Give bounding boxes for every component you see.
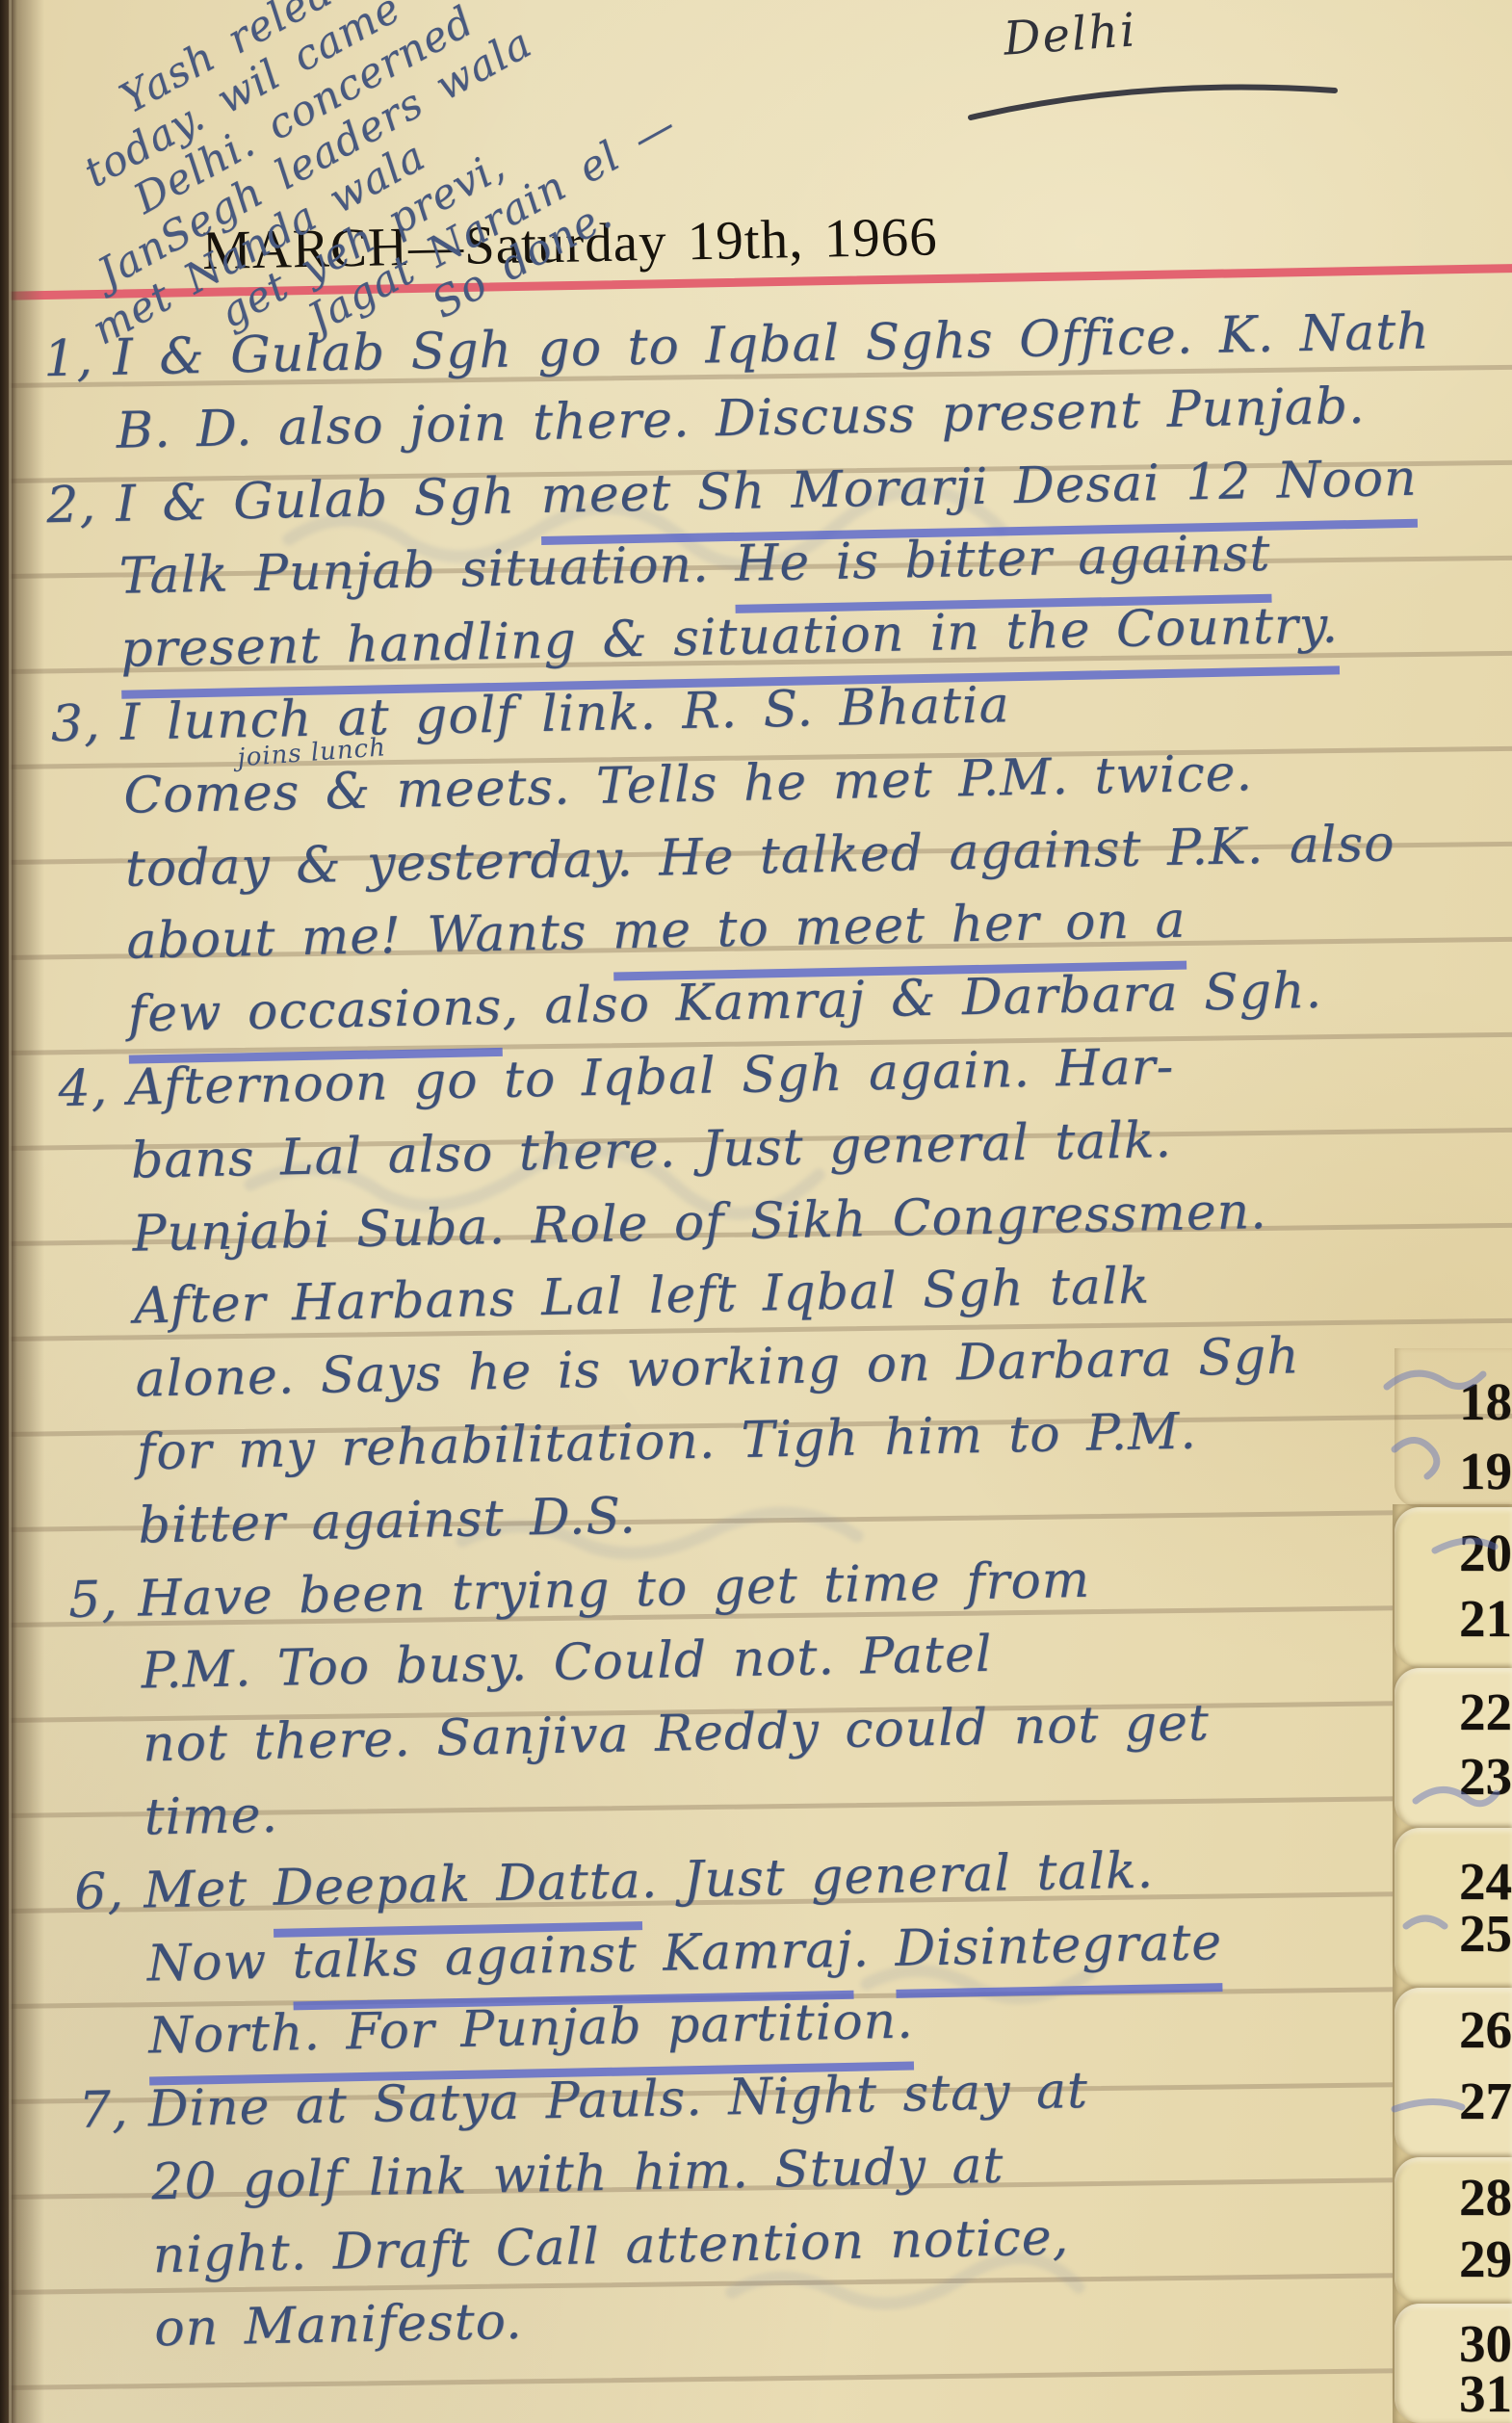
entry-line: on Manifesto. [83, 2292, 524, 2378]
entries-body: joins lunch 1,I & Gulab Sgh go to Iqbal … [0, 0, 1512, 2423]
underlined-segment: Deepak Datta [273, 1852, 642, 1938]
text-segment: about me! Wants [126, 903, 613, 971]
margin-ink-mark [1377, 1348, 1502, 2408]
text-segment: . [852, 1919, 896, 1978]
entry-line: time. [72, 1786, 279, 1867]
text-segment: bitter against D.S. [138, 1487, 637, 1554]
entry-number: 5, [68, 1570, 139, 1628]
entry-number: 6, [74, 1862, 144, 1920]
text-segment: I & Gulab Sgh [116, 467, 541, 534]
binding-edge [0, 0, 44, 2423]
entry-number: 2, [46, 475, 117, 534]
underlined-segment: few occasions [127, 978, 503, 1064]
entry-number: 7, [78, 2081, 148, 2140]
text-segment: Now [146, 1932, 293, 1993]
entry-number: 1, [43, 329, 114, 388]
text-segment: on Manifesto. [154, 2292, 523, 2358]
text-segment: I & Gulab Sgh go to Iqbal Sghs Office. K… [113, 302, 1430, 386]
entry-number: 3, [50, 694, 120, 753]
text-segment: Met [143, 1860, 274, 1920]
text-segment: Talk Punjab situation. [118, 535, 735, 606]
diary-page: MARCH—Saturday 19th, 1966 Delhi Yash rel… [0, 0, 1512, 2423]
text-segment: time. [143, 1786, 278, 1847]
text-segment: . Just general talk. [640, 1841, 1155, 1910]
underlined-segment: Disintegrate [895, 1914, 1223, 1998]
entry-number: 4, [58, 1059, 128, 1118]
